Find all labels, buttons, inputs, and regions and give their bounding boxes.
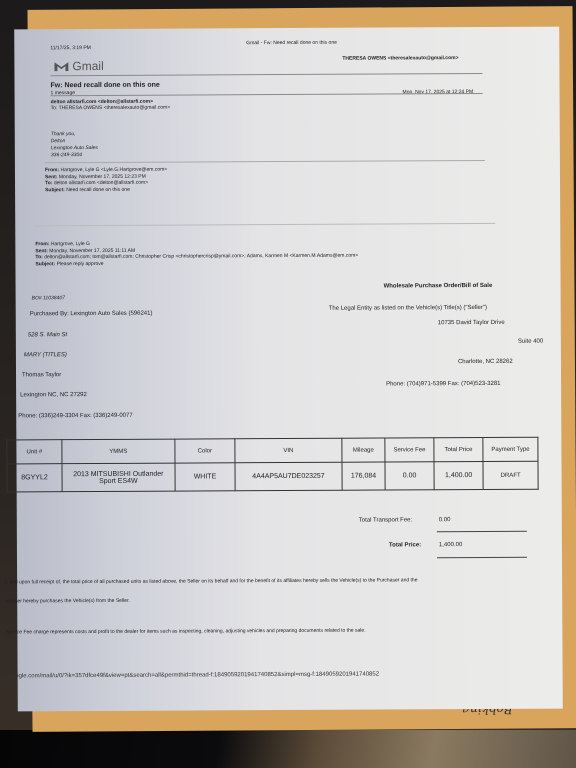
forward-from: Hartgrove, Lyle G	[51, 241, 90, 247]
forward-sent: Monday, November 17, 2025 12:23 PM	[59, 173, 146, 179]
seller-label: The Legal Entity as listed on the Vehicl…	[329, 305, 487, 312]
purchaser-label: Purchased By: Lexington Auto Sales (5962…	[30, 311, 153, 318]
to-label: To:	[35, 254, 42, 260]
service-fee-note: Service Fee charge represents costs and …	[5, 628, 365, 636]
unit-number: 8GYYL2	[7, 464, 62, 492]
purchaser-name: Thomas Taylor	[22, 372, 61, 378]
print-page-title: Gmail - Fw: Need recall done on this one	[246, 40, 337, 46]
column-header: Service Fee	[385, 438, 434, 462]
print-datetime: 11/17/25, 3:19 PM	[50, 45, 91, 51]
email-subject: Fw: Need recall done on this one	[50, 82, 159, 90]
seller-suite: Suite 400	[518, 339, 543, 345]
gmail-logo: Gmail	[54, 59, 103, 73]
purchaser-city: Lexington NC, NC 27292	[20, 392, 87, 398]
account-email: THERESA OWENS <theresalexauto@gmail.com>	[342, 55, 458, 62]
forward-sent: Monday, November 17, 2025 11:11 AM	[49, 247, 135, 253]
seller-address: 10735 David Taylor Drive	[438, 320, 505, 326]
sent-label: Sent:	[45, 174, 58, 180]
subject-label: Subject:	[35, 261, 55, 267]
terms-line-1: r, and upon full receipt of, the total p…	[5, 577, 417, 585]
column-header: Total Price	[434, 437, 483, 461]
payment-type: DRAFT	[483, 461, 538, 489]
table-row: 8GYYL2 2013 MITSUBISHI Outlander Sport E…	[7, 461, 538, 492]
from-label: From:	[35, 241, 49, 247]
gmail-wordmark: Gmail	[72, 59, 103, 73]
signature: Thank you, Delton Lexington Auto Sales 3…	[51, 131, 171, 160]
column-header: Color	[175, 439, 236, 463]
forward-header-1: From: Hartgrove, Lyle G <Lyle.G.Hartgrov…	[45, 167, 167, 194]
column-header: Mileage	[342, 438, 386, 462]
column-header: Unit #	[7, 440, 62, 464]
floor-background	[0, 730, 576, 768]
column-header: Payment Type	[483, 437, 538, 461]
units-table: Unit # YMMS Color VIN Mileage Service Fe…	[6, 437, 538, 493]
gmail-m-icon	[54, 61, 68, 71]
bill-of-sale-title: Wholesale Purchase Order/Bill of Sale	[384, 283, 493, 290]
ymms: 2013 MITSUBISHI Outlander Sport ES4W	[62, 463, 175, 492]
total-price-label: Total Price:	[389, 542, 421, 548]
forward-from: Hartgrove, Lyle G <Lyle.G.Hartgrove@em.c…	[61, 167, 168, 174]
signature-line: 336-249-3304	[51, 152, 171, 160]
sent-label: Sent:	[35, 248, 48, 254]
transport-fee-value: 0.00	[439, 517, 451, 523]
total-price-value: 1,400.00	[439, 542, 462, 548]
vin: 4A4AP5AU7DE023257	[235, 462, 342, 491]
printed-email-page: 11/17/25, 3:19 PM Gmail - Fw: Need recal…	[14, 27, 563, 712]
column-header: YMMS	[62, 439, 175, 464]
bos-number: BO# 11038407	[32, 295, 65, 301]
column-header: VIN	[235, 438, 342, 463]
forward-to: delton allstarfi.com <delton@allstarfi.c…	[54, 180, 148, 186]
color: WHITE	[175, 463, 236, 491]
seller-phone: Phone: (704)971-5399 Fax: (704)523-3281	[386, 381, 500, 388]
forward-subject: Please reply approve	[57, 260, 104, 266]
forward-header-2: From: Hartgrove, Lyle G Sent: Monday, No…	[35, 240, 358, 268]
email-to: To: THERESA OWENS <theresalexauto@gmail.…	[51, 105, 171, 112]
forward-subject: Need recall done on this one	[66, 186, 130, 192]
print-footer-url: l.google.com/mail/u/0/?ik=357dfce49f&vie…	[6, 672, 379, 680]
mileage: 176,084	[342, 462, 386, 490]
table-header-row: Unit # YMMS Color VIN Mileage Service Fe…	[7, 437, 538, 464]
purchaser-address: 528 S. Main St	[28, 332, 67, 338]
purchaser-phone: Phone: (336)249-3304 Fax: (336)249-0077	[18, 413, 132, 420]
terms-line-2: rchaser hereby purchases the Vehicle(s) …	[5, 598, 130, 605]
total-price: 1,400.00	[434, 461, 483, 489]
subject-label: Subject:	[45, 187, 65, 193]
purchaser-contact: MARY (TITLES)	[24, 352, 67, 358]
to-label: To:	[45, 180, 52, 186]
forward-to: delton@allstarfi.com; tom@allstarfi.com;…	[44, 253, 358, 261]
service-fee: 0.00	[385, 462, 434, 490]
from-label: From:	[45, 167, 59, 173]
transport-fee-label: Total Transport Fee:	[359, 517, 412, 523]
seller-city: Charlotte, NC 28262	[458, 359, 513, 365]
